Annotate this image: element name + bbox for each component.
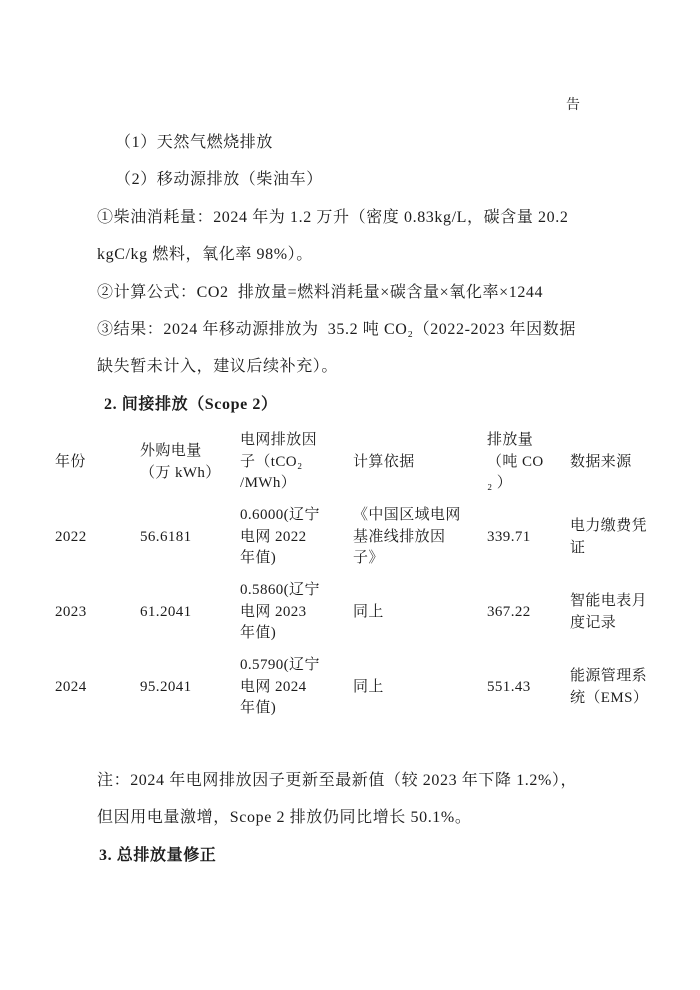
note-line-1: 注：2024 年电网排放因子更新至最新值（较 2023 年下降 1.2%）， xyxy=(97,762,677,799)
body-text-block: （1）天然气燃烧排放 （2）移动源排放（柴油车） ①柴油消耗量：2024 年为 … xyxy=(97,124,677,423)
cell-source: 能源管理系 统（EMS） xyxy=(570,650,660,725)
cell-basis: 《中国区域电网 基准线排放因 子》 xyxy=(353,500,487,575)
diesel-consumption-line-2: kgC/kg 燃料，氧化率 98%）。 xyxy=(97,236,677,273)
table-row-2024: 2024 95.2041 0.5790(辽宁 电网 2024 年值) 同上 55… xyxy=(55,650,660,725)
section-heading-scope2: 2. 间接排放（Scope 2） xyxy=(97,386,677,423)
cell-year: 2024 xyxy=(55,650,140,725)
cell-source: 智能电表月 度记录 xyxy=(570,575,660,650)
cell-electricity: 56.6181 xyxy=(140,500,240,575)
table-row-2022: 2022 56.6181 0.6000(辽宁 电网 2022 年值) 《中国区域… xyxy=(55,500,660,575)
cell-emissions: 367.22 xyxy=(487,575,570,650)
cell-electricity: 95.2041 xyxy=(140,650,240,725)
result-line-2: 缺失暂未计入，建议后续补充）。 xyxy=(97,348,677,385)
header-cell-source: 数据来源 xyxy=(570,425,660,500)
result-line-1: ③结果：2024 年移动源排放为 35.2 吨 CO₂（2022-2023 年因… xyxy=(97,311,677,348)
diesel-consumption-line-1: ①柴油消耗量：2024 年为 1.2 万升（密度 0.83kg/L，碳含量 20… xyxy=(97,199,677,236)
table-header-row: 年份 外购电量 （万 kWh） 电网排放因 子（tCO₂ /MWh） 计算依据 … xyxy=(55,425,660,500)
cell-electricity: 61.2041 xyxy=(140,575,240,650)
section-heading-total-correction: 3. 总排放量修正 xyxy=(97,837,677,874)
list-item-mobile-source: （2）移动源排放（柴油车） xyxy=(97,161,677,198)
cell-grid-factor: 0.6000(辽宁 电网 2022 年值) xyxy=(240,500,353,575)
cell-emissions: 339.71 xyxy=(487,500,570,575)
cell-source: 电力缴费凭 证 xyxy=(570,500,660,575)
cell-year: 2023 xyxy=(55,575,140,650)
table-row-2023: 2023 61.2041 0.5860(辽宁 电网 2023 年值) 同上 36… xyxy=(55,575,660,650)
document-page: 告 （1）天然气燃烧排放 （2）移动源排放（柴油车） ①柴油消耗量：2024 年… xyxy=(0,0,700,990)
scope2-emissions-table: 年份 外购电量 （万 kWh） 电网排放因 子（tCO₂ /MWh） 计算依据 … xyxy=(55,425,660,725)
cell-basis: 同上 xyxy=(353,575,487,650)
list-item-natural-gas: （1）天然气燃烧排放 xyxy=(97,124,677,161)
cell-basis: 同上 xyxy=(353,650,487,725)
note-text-block: 注：2024 年电网排放因子更新至最新值（较 2023 年下降 1.2%）， 但… xyxy=(97,762,677,874)
cell-emissions: 551.43 xyxy=(487,650,570,725)
header-cell-emissions: 排放量 （吨 CO ₂ ） xyxy=(487,425,570,500)
note-line-2: 但因用电量激增，Scope 2 排放仍同比增长 50.1%。 xyxy=(97,799,677,836)
cell-grid-factor: 0.5790(辽宁 电网 2024 年值) xyxy=(240,650,353,725)
page-header-fragment: 告 xyxy=(566,94,580,114)
calculation-formula-line: ②计算公式：CO2 排放量=燃料消耗量×碳含量×氧化率×1244 xyxy=(97,274,677,311)
cell-grid-factor: 0.5860(辽宁 电网 2023 年值) xyxy=(240,575,353,650)
header-cell-year: 年份 xyxy=(55,425,140,500)
header-cell-basis: 计算依据 xyxy=(353,425,487,500)
header-cell-electricity: 外购电量 （万 kWh） xyxy=(140,425,240,500)
cell-year: 2022 xyxy=(55,500,140,575)
header-cell-grid-factor: 电网排放因 子（tCO₂ /MWh） xyxy=(240,425,353,500)
